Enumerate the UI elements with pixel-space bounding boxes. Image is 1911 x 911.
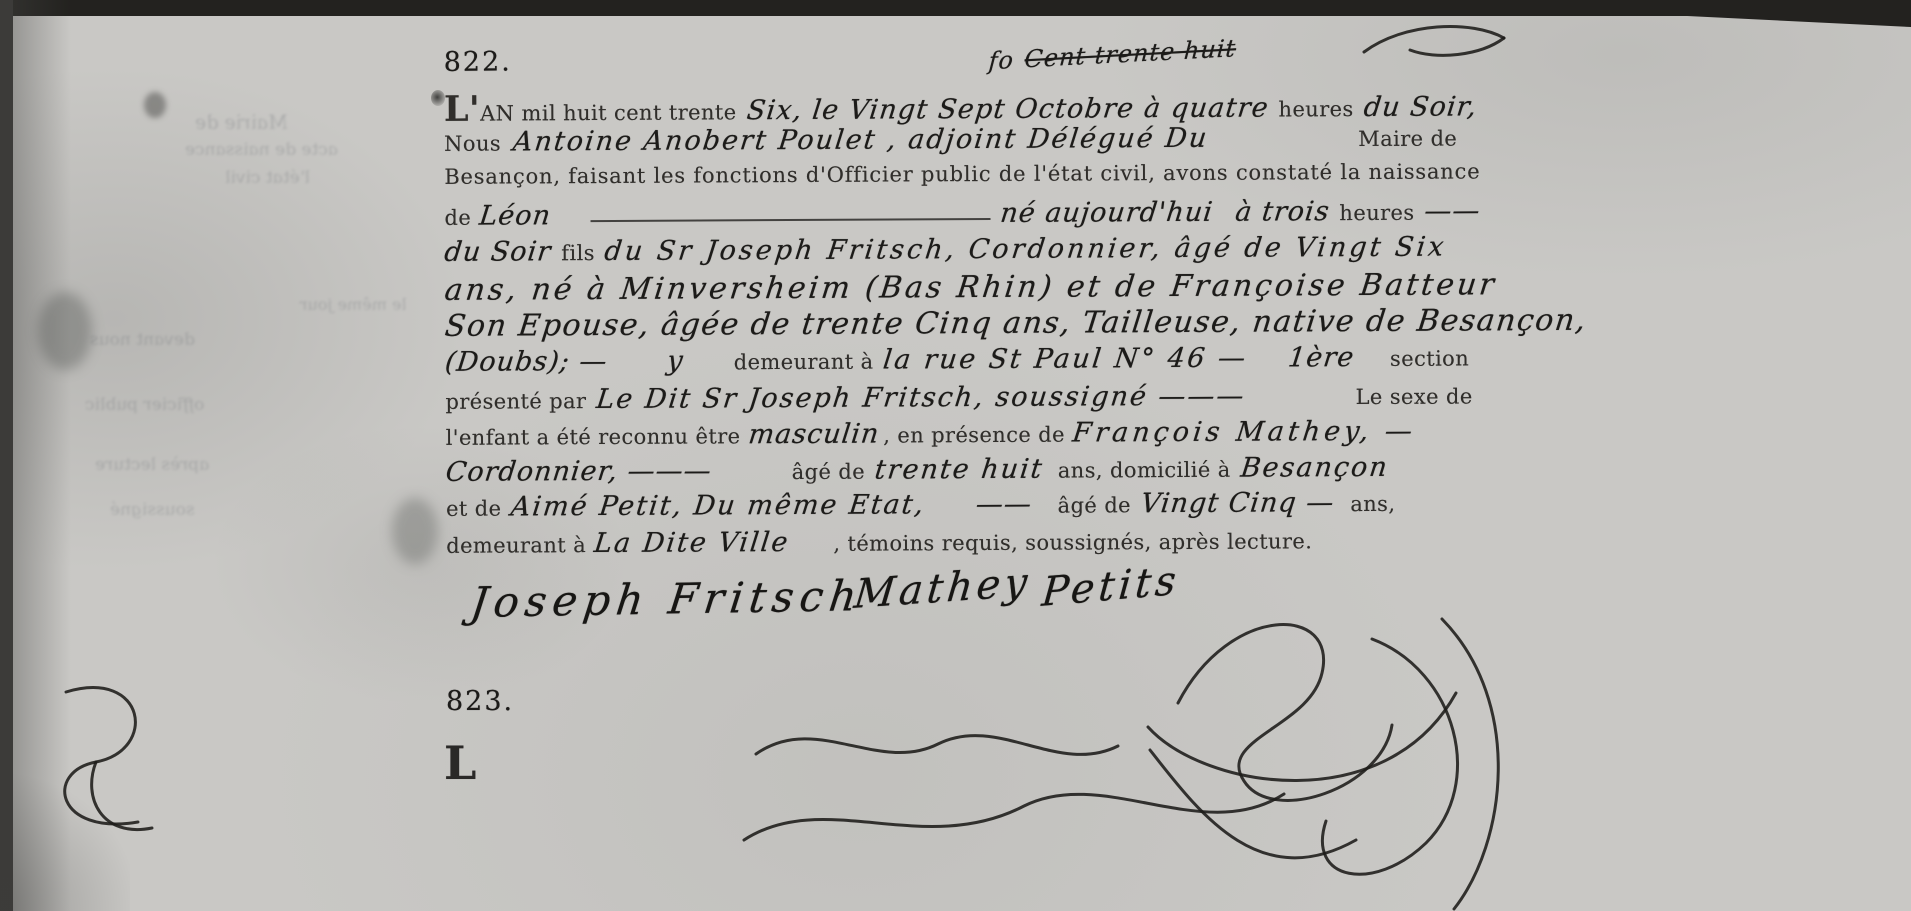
handwritten-text: né aujourd'hui	[999, 197, 1215, 229]
handwritten-text: Six, le Vingt Sept Octobre à quatre	[745, 93, 1271, 127]
act-line: Besançon, faisant les fonctions d'Offici…	[444, 159, 1480, 188]
act-line: de Léon né aujourd'hui à trois heures ——	[444, 195, 1480, 231]
handwritten-text: Antoine Anobert Poulet , adjoint Délégué…	[511, 123, 1210, 158]
printed-text: heures	[1278, 97, 1353, 121]
printed-text: L'AN mil huit cent trente	[444, 87, 737, 130]
bleedthrough-text: soussigné	[109, 500, 196, 520]
next-record-number: 823.	[446, 686, 514, 717]
bleedthrough-text: Mairie de	[193, 112, 289, 134]
signature-joseph-fritsch: Joseph Fritsch	[468, 571, 865, 627]
scanned-birth-register-page: { "scan": { "paper_color": "#c9c8c5", "i…	[0, 0, 1911, 911]
handwritten-text: Aimé Petit, Du même Etat,	[510, 489, 928, 522]
printed-text: demeurant à	[734, 350, 874, 375]
printed-text: , en présence de	[883, 423, 1065, 448]
printed-text: section	[1390, 346, 1469, 370]
printed-text: fils	[561, 241, 595, 265]
printed-text: Maire de	[1358, 127, 1457, 152]
record-number: 822.	[444, 46, 512, 77]
handwritten-text: du Sr Joseph Fritsch, Cordonnier, âgé de…	[603, 232, 1448, 267]
printed-text: Le sexe de	[1355, 384, 1472, 409]
record-number-text: 822.	[444, 46, 512, 77]
bleedthrough-text: officier public	[84, 395, 206, 415]
birth-act-822: 822. L'AN mil huit cent trente Six, le V…	[444, 27, 1527, 595]
act-line: présenté par Le Dit Sr Joseph Fritsch, s…	[445, 379, 1472, 415]
next-record-initial: L	[444, 736, 476, 790]
handwritten-text: ——	[1423, 195, 1483, 226]
act-line: demeurant à La Dite Ville , témoins requ…	[446, 524, 1312, 560]
handwritten-text: 1ère	[1286, 342, 1356, 373]
handwritten-text: à trois	[1233, 196, 1331, 228]
handwritten-text: ——	[974, 489, 1034, 520]
printed-text: demeurant à	[446, 533, 586, 558]
act-line: et de Aimé Petit, Du même Etat, —— âgé d…	[446, 487, 1396, 523]
act-line: Cordonnier, ——— âgé de trente huit ans, …	[446, 452, 1389, 488]
act-line: l'enfant a été reconnu être masculin , e…	[446, 416, 1417, 452]
printed-text: Nous	[444, 132, 501, 156]
act-line: (Doubs); — y demeurant à la rue St Paul …	[445, 341, 1469, 377]
handwritten-text: Son Epouse, âgée de trente Cinq ans, Tai…	[443, 303, 1589, 344]
act-line: Son Epouse, âgée de trente Cinq ans, Tai…	[445, 303, 1587, 344]
handwritten-text: masculin	[747, 419, 881, 451]
handwritten-text: Besançon	[1239, 452, 1391, 484]
ink-smudge	[392, 498, 438, 564]
printed-text: et de	[446, 497, 502, 521]
printed-text: âgé de	[1058, 493, 1131, 517]
printed-text: heures	[1339, 201, 1414, 225]
handwritten-text: y	[666, 346, 686, 377]
printed-text: de	[444, 206, 471, 230]
printed-text: ans, domicilié à	[1058, 458, 1231, 483]
handwritten-text: François Mathey, —	[1071, 416, 1418, 449]
printed-text: l'enfant a été reconnu être	[446, 424, 741, 450]
bleedthrough-flourish	[22, 658, 172, 848]
printed-text: , témoins requis, soussignés, après lect…	[833, 529, 1312, 556]
act-line: Nous Antoine Anobert Poulet , adjoint Dé…	[444, 122, 1457, 158]
handwritten-text: trente huit	[873, 454, 1045, 486]
ink-smudge	[38, 292, 92, 370]
spacer	[1246, 404, 1356, 405]
printed-text: Besançon, faisant les fonctions d'Offici…	[444, 159, 1480, 188]
printed-text: présenté par	[445, 389, 586, 414]
bleedthrough-text: le même jour	[299, 295, 408, 314]
bleedthrough-text: devant nous	[89, 330, 197, 350]
bleedthrough-text: l'état civil	[224, 168, 312, 188]
act-line: du Soir fils du Sr Joseph Fritsch, Cordo…	[445, 232, 1447, 268]
act-line: ans, né à Minversheim (Bas Rhin) et de F…	[445, 267, 1497, 308]
bleedthrough-text: après lecture	[94, 455, 211, 475]
handwritten-text: Le Dit Sr Joseph Fritsch, soussigné ———	[595, 381, 1248, 415]
ink-smudge	[144, 92, 166, 118]
blank-filler-rule	[591, 218, 991, 222]
handwritten-text: Léon	[477, 200, 552, 231]
scan-top-edge-wedge	[1500, 0, 1911, 27]
spacer	[1208, 146, 1358, 147]
handwritten-text: du Soir,	[1362, 91, 1479, 123]
handwritten-text: (Doubs); —	[443, 346, 609, 378]
handwritten-text: la rue St Paul N° 46 —	[882, 343, 1250, 376]
printed-text: âgé de	[792, 460, 865, 484]
handwritten-text: Vingt Cinq —	[1139, 487, 1336, 519]
handwritten-text: du Soir	[443, 236, 553, 268]
handwritten-text: La Dite Ville	[592, 527, 791, 559]
handwritten-text: ans, né à Minversheim (Bas Rhin) et de F…	[443, 267, 1499, 308]
partial-next-act-handwriting	[720, 690, 1380, 911]
bleedthrough-text: acte de naissance	[184, 140, 340, 160]
handwritten-text: Cordonnier, ———	[444, 455, 713, 487]
printed-text: ans,	[1350, 492, 1395, 516]
